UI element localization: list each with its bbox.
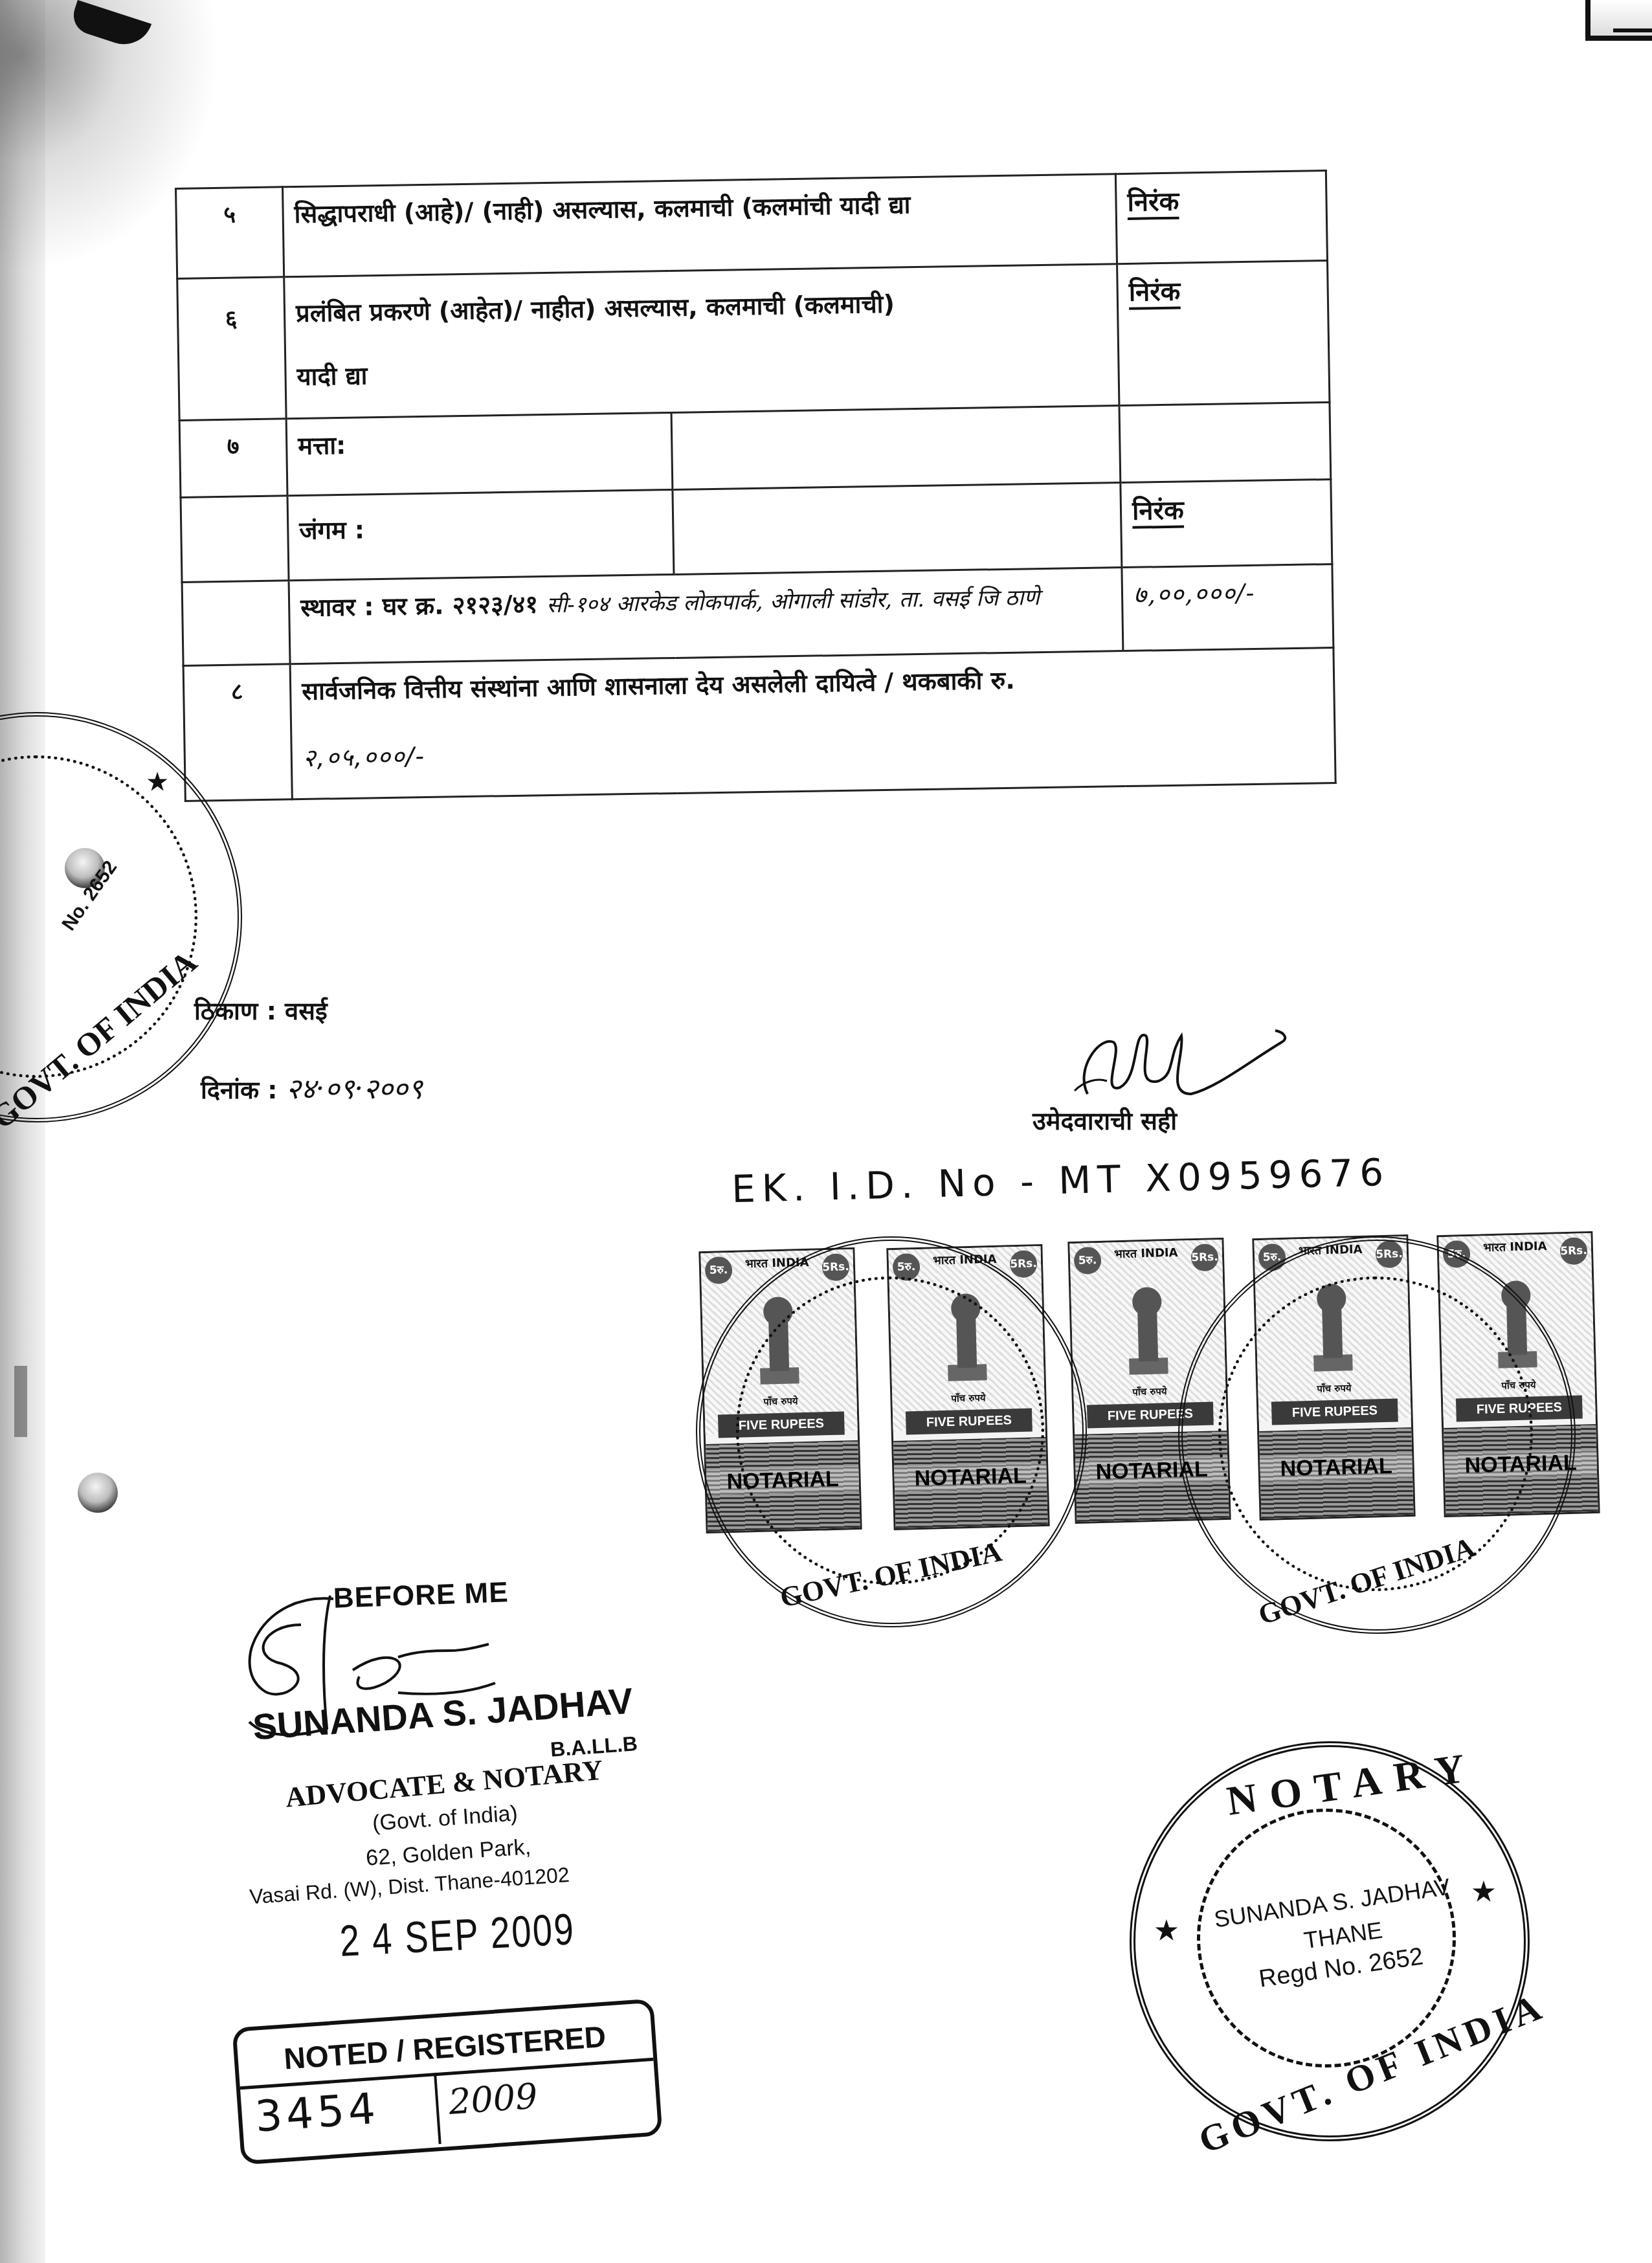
row-number: ७ <box>179 419 287 498</box>
row-value: २,०५,०००/- <box>302 727 1324 774</box>
affidavit-table: ५ सिद्धापराधी (आहे)/ (नाही) असल्यास, कलम… <box>175 170 1337 802</box>
date-line: दिनांक : २४·०९·२००९ <box>201 1068 423 1107</box>
row-label-cont: यादी द्या <box>296 349 1108 392</box>
stamp-denomination: 5Rs. <box>1191 1243 1219 1271</box>
stamp-denomination: 5Rs. <box>1010 1250 1038 1278</box>
notary-address-line1: 62, Golden Park, <box>365 1834 531 1871</box>
row-number: ५ <box>176 187 284 279</box>
row-label: जंगम : <box>287 489 674 580</box>
row-number: ६ <box>177 277 286 421</box>
table-row: ८ सार्वजनिक वित्तीय संस्थांना आणि शासनाल… <box>183 647 1335 801</box>
candidate-signature-label: उमेदवाराची सही <box>1032 1104 1177 1137</box>
row-number: ८ <box>183 664 292 801</box>
scan-corner-bar <box>1613 28 1652 32</box>
row-label: सिद्धापराधी (आहे)/ (नाही) असल्यास, कलमाच… <box>283 174 1117 277</box>
table-row: ६ प्रलंबित प्रकरणे (आहेत)/ नाहीत) असल्या… <box>177 261 1330 421</box>
date-label: दिनांक : <box>201 1076 278 1104</box>
table-row: ५ सिद्धापराधी (आहे)/ (नाही) असल्यास, कलम… <box>176 171 1328 279</box>
scan-edge-mark <box>14 1366 27 1437</box>
row-label: मत्ता: <box>286 412 673 495</box>
before-me-label: BEFORE ME <box>333 1576 509 1614</box>
notary-address-line2: Vasai Rd. (W), Dist. Thane-401202 <box>249 1863 570 1909</box>
epic-number-handwritten: EK. I.D. No - MT X0959676 <box>731 1150 1390 1212</box>
star-icon: ★ <box>1472 1877 1495 1907</box>
star-icon: ★ <box>147 768 168 796</box>
notary-title: ADVOCATE & NOTARY <box>284 1754 605 1814</box>
ashoka-emblem-icon <box>1117 1280 1178 1378</box>
place-line: ठिकाण : वसई <box>194 994 328 1027</box>
notary-seal-over-stamps: GOVT. OF INDIA <box>1178 1236 1576 1634</box>
noted-registered-header: NOTED / REGISTERED <box>237 2009 654 2090</box>
row-value: निरंक <box>1127 187 1179 217</box>
register-year: 2009 <box>447 2075 539 2122</box>
candidate-signature <box>1062 1016 1295 1107</box>
notary-round-seal: NOTARY ★ ★ SUNANDA S. JADHAV THANE Regd … <box>1130 1741 1530 2141</box>
row-label: सार्वजनिक वित्तीय संस्थांना आणि शासनाला … <box>302 660 1323 707</box>
register-divider <box>434 2073 441 2144</box>
register-number: 3454 <box>253 2080 425 2142</box>
noted-registered-stamp: NOTED / REGISTERED 3454 2009 <box>232 1999 662 2165</box>
place-label: ठिकाण : <box>194 997 276 1025</box>
notary-authority: (Govt. of India) <box>372 1801 519 1836</box>
row-value: निरंक <box>1132 496 1184 526</box>
punch-hole-icon <box>78 1473 118 1513</box>
row-value: निरंक <box>1128 277 1180 307</box>
place-value: वसई <box>285 997 327 1025</box>
notary-seal-over-stamps: GOVT. OF INDIA <box>696 1236 1087 1627</box>
row-label: प्रलंबित प्रकरणे (आहेत)/ नाहीत) असल्यास,… <box>295 276 1106 329</box>
date-value: २४·०९·२००९ <box>286 1073 423 1106</box>
row-value: ७,००,०००/- <box>1133 579 1256 609</box>
handwritten-address: सी-१०४ आरकेड लोकपार्क, ओगाली सांडोर, ता.… <box>546 585 1040 618</box>
scan-corner-mark <box>1585 0 1652 41</box>
notary-date-stamp: 2 4 SEP 2009 <box>339 1904 576 1967</box>
row-label: स्थावर : घर क्र. २१२३/४१ <box>300 590 539 622</box>
star-icon: ★ <box>1155 1915 1178 1946</box>
stamp-denomination: 5Rs. <box>1560 1237 1588 1265</box>
